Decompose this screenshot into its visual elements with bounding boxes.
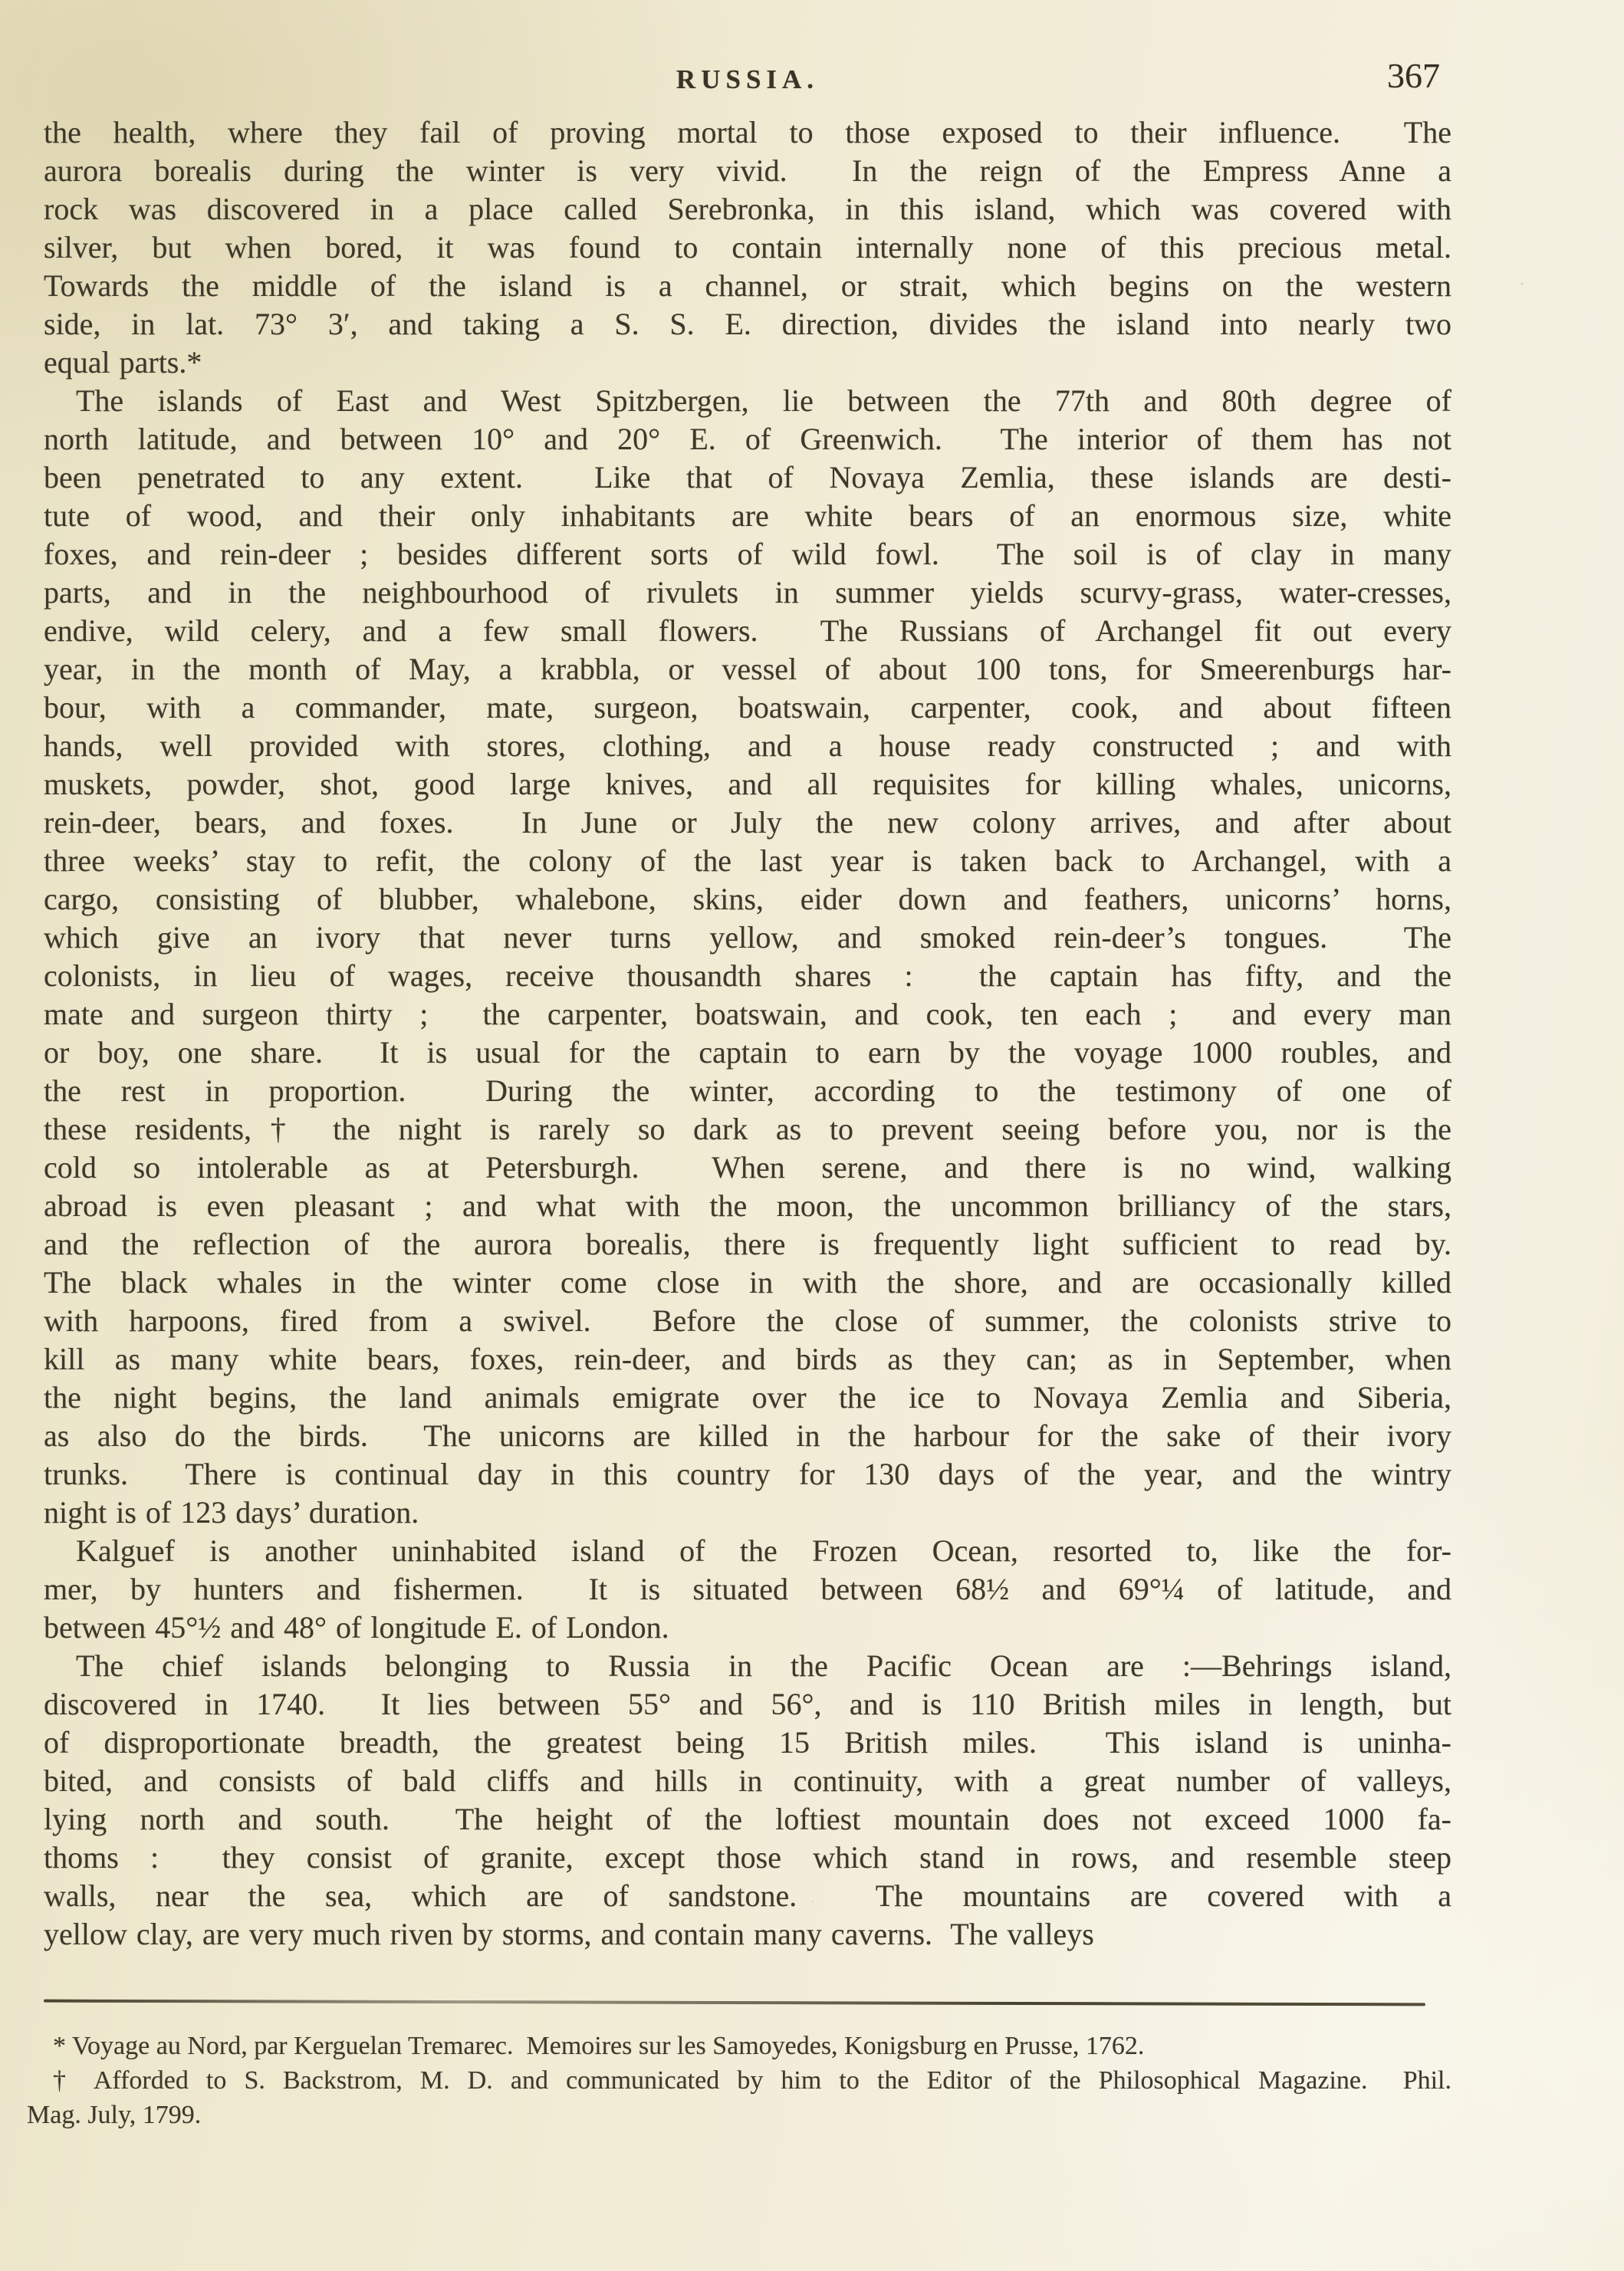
paragraph-line: mate and surgeon thirty ; the carpenter,… (44, 995, 1451, 1034)
paragraph-line: muskets, powder, shot, good large knives… (44, 765, 1451, 804)
paragraph-line: tute of wood, and their only inhabitants… (44, 497, 1451, 535)
paragraph-line: cold so intolerable as at Petersburgh. W… (44, 1149, 1451, 1187)
paragraph-line: which give an ivory that never turns yel… (44, 919, 1451, 957)
paragraph-line: cargo, consisting of blubber, whalebone,… (44, 880, 1451, 919)
footnotes: * Voyage au Nord, par Kerguelan Tremarec… (27, 2029, 1451, 2132)
paragraph-line: equal parts.* (44, 343, 1451, 382)
paragraph-line: night is of 123 days’ duration. (44, 1494, 1451, 1532)
paragraph-line: or boy, one share. It is usual for the c… (44, 1034, 1451, 1072)
paragraph-line: side, in lat. 73° 3′, and taking a S. S.… (44, 305, 1451, 343)
paragraph-line: thoms : they consist of granite, except … (44, 1839, 1451, 1877)
footnote-line: Mag. July, 1799. (27, 2098, 1451, 2132)
paragraph-line: aurora borealis during the winter is ver… (44, 152, 1451, 190)
paragraph-line: these residents,† the night is rarely so… (44, 1110, 1451, 1149)
footnote: † Afforded to S. Backstrom, M. D. and co… (27, 2063, 1451, 2132)
paragraph-line: foxes, and rein-deer ; besides different… (44, 535, 1451, 574)
paragraph-line: been penetrated to any extent. Like that… (44, 458, 1451, 497)
paragraph: the health, where they fail of proving m… (44, 113, 1451, 382)
paragraph-line: rein-deer, bears, and foxes. In June or … (44, 804, 1451, 842)
paragraph-line: The black whales in the winter come clos… (44, 1264, 1451, 1302)
paragraph-line: discovered in 1740. It lies between 55° … (44, 1685, 1451, 1724)
paragraph-line: bour, with a commander, mate, surgeon, b… (44, 689, 1451, 727)
paragraph-line: yellow clay, are very much riven by stor… (44, 1915, 1451, 1954)
paragraph-line: the night begins, the land animals emigr… (44, 1379, 1451, 1417)
paragraph-line: The islands of East and West Spitzbergen… (44, 382, 1451, 420)
paragraph-line: three weeks’ stay to refit, the colony o… (44, 842, 1451, 880)
paragraph-line: lying north and south. The height of the… (44, 1800, 1451, 1839)
paragraph-line: abroad is even pleasant ; and what with … (44, 1187, 1451, 1225)
running-head: RUSSIA. (44, 64, 1451, 95)
paragraph-line: kill as many white bears, foxes, rein-de… (44, 1340, 1451, 1379)
paragraph-line: between 45°½ and 48° of longitude E. of … (44, 1609, 1451, 1647)
paragraph-line: bited, and consists of bald cliffs and h… (44, 1762, 1451, 1800)
paragraph-line: trunks. There is continual day in this c… (44, 1455, 1451, 1494)
paragraph-line: endive, wild celery, and a few small flo… (44, 612, 1451, 650)
paragraph-line: walls, near the sea, which are of sandst… (44, 1877, 1451, 1915)
paragraph-line: the rest in proportion. During the winte… (44, 1072, 1451, 1110)
footnote-rule (44, 2000, 1425, 2006)
body-text: the health, where they fail of proving m… (44, 113, 1451, 1954)
paragraph: The chief islands belonging to Russia in… (44, 1647, 1451, 1954)
paragraph-line: of disproportionate breadth, the greates… (44, 1724, 1451, 1762)
paragraph-line: hands, well provided with stores, clothi… (44, 727, 1451, 765)
footnote-line: † Afforded to S. Backstrom, M. D. and co… (27, 2063, 1451, 2098)
paragraph-line: rock was discovered in a place called Se… (44, 190, 1451, 228)
book-page: RUSSIA. 367 the health, where they fail … (0, 0, 1624, 2271)
paragraph-line: Kalguef is another uninhabited island of… (44, 1532, 1451, 1570)
paragraph-line: with harpoons, fired from a swivel. Befo… (44, 1302, 1451, 1340)
paragraph-line: the health, where they fail of proving m… (44, 113, 1451, 152)
paragraph-line: The chief islands belonging to Russia in… (44, 1647, 1451, 1685)
paragraph-line: north latitude, and between 10° and 20° … (44, 420, 1451, 458)
paragraph-line: as also do the birds. The unicorns are k… (44, 1417, 1451, 1455)
footnote-line: * Voyage au Nord, par Kerguelan Tremarec… (27, 2029, 1451, 2063)
paragraph-line: and the reflection of the aurora boreali… (44, 1225, 1451, 1264)
paragraph: The islands of East and West Spitzbergen… (44, 382, 1451, 1532)
paragraph-line: parts, and in the neighbourhood of rivul… (44, 574, 1451, 612)
paragraph-line: silver, but when bored, it was found to … (44, 228, 1451, 267)
page-number: 367 (1387, 55, 1440, 96)
paragraph-line: colonists, in lieu of wages, receive tho… (44, 957, 1451, 995)
paragraph-line: year, in the month of May, a krabbla, or… (44, 650, 1451, 689)
footnote: * Voyage au Nord, par Kerguelan Tremarec… (27, 2029, 1451, 2063)
paragraph-line: mer, by hunters and fishermen. It is sit… (44, 1570, 1451, 1609)
paragraph-line: Towards the middle of the island is a ch… (44, 267, 1451, 305)
paragraph: Kalguef is another uninhabited island of… (44, 1532, 1451, 1647)
